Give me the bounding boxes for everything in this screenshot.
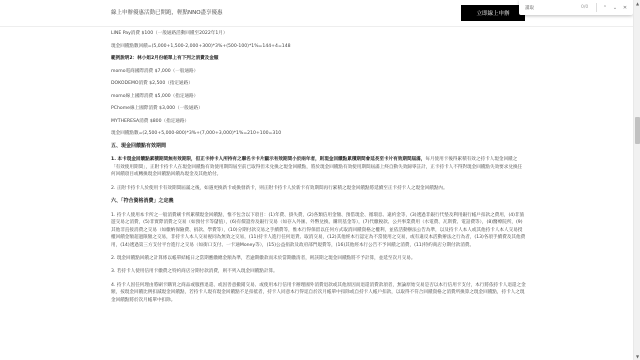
text-line: momo電商國際消費 $7,000（一般通路） bbox=[111, 68, 526, 75]
apply-online-button[interactable]: 立即線上申辦 bbox=[461, 5, 525, 21]
section-heading: 五、現金回饋點有效期間 bbox=[111, 143, 526, 151]
scroll-up-arrow-icon[interactable]: ▲ bbox=[634, 0, 640, 7]
chevron-up-icon[interactable]: ⌃ bbox=[600, 5, 610, 11]
close-icon[interactable]: ✕ bbox=[620, 5, 630, 11]
paragraph-bold: 1. 本卡現金回饋點累積期間無有效期限，但正卡持卡人所持有之聯名卡卡片顯示有效期… bbox=[111, 157, 425, 162]
paragraph: 3. 若持卡人使用信用卡繳費之特約商店分期付款消費，則不列入現金回饋點計算。 bbox=[111, 268, 526, 275]
paragraph: 1. 本卡現金回饋點累積期間無有效期限，但正卡持卡人所持有之聯名卡卡片顯示有效期… bbox=[111, 156, 526, 178]
text-line: PChome線上國際消費 $3,000（一般通路） bbox=[111, 105, 526, 112]
example-heading: 範例說明2：林小姐2月份帳單上有下列之消費及金額 bbox=[111, 55, 526, 62]
section-heading: 六、「符合資格消費」之定義 bbox=[111, 198, 526, 206]
paragraph: 4. 持卡人因任何理由將刷卡購買之商品或服務退還、或因善意撤銷交易、或使用本行信… bbox=[111, 282, 526, 304]
text-line: DOKODEMO消費 $2,500（指定通路） bbox=[111, 80, 526, 87]
find-divider bbox=[596, 3, 597, 12]
terms-content: LINE Pay消費 $100（一般通路活動回饋至2022年1月） 現金回饋點數… bbox=[111, 30, 526, 310]
scrollbar-thumb[interactable] bbox=[635, 117, 640, 144]
scroll-down-arrow-icon[interactable]: ▼ bbox=[634, 353, 640, 360]
find-bar: 讀取 0/0 ⌃ ⌄ ✕ bbox=[519, 0, 633, 15]
paragraph: 1. 持卡人使用本卡所之一般消費刷卡所累積現金回饋點，惟不包含以下項目：(1)年… bbox=[111, 212, 526, 249]
paragraph: 2. 現金回饋點回饋之計算係以帳單結帳日之當期應繳總金額為準，若逾期繳款而未於當… bbox=[111, 255, 526, 262]
promo-notice: 線上申辦優惠活動已開跑，輕點NNO盡享優惠 bbox=[111, 8, 223, 16]
text-line: MYTHERESA消費 $800（指定通路） bbox=[111, 118, 526, 125]
find-input[interactable]: 讀取 bbox=[525, 5, 581, 11]
find-match-count: 0/0 bbox=[581, 5, 593, 10]
chevron-down-icon[interactable]: ⌄ bbox=[610, 5, 620, 11]
paragraph: 2. 正附卡持卡人於使用卡有效期間屆滿之後，如遇更換新卡或換發新卡，則正附卡持卡… bbox=[111, 185, 526, 192]
text-line: momo線上國際消費 $5,000（指定通路） bbox=[111, 93, 526, 100]
text-line: 現金回饋點數回饋=(5,000+1,500-2,000+300)*3%+(500… bbox=[111, 43, 526, 50]
text-line: LINE Pay消費 $100（一般通路活動回饋至2022年1月） bbox=[111, 30, 526, 37]
vertical-scrollbar[interactable]: ▲ ▼ bbox=[633, 0, 640, 360]
text-line: 現金回饋點數=(2,500+5,000-800)*3%+(7,000+3,000… bbox=[111, 130, 526, 137]
